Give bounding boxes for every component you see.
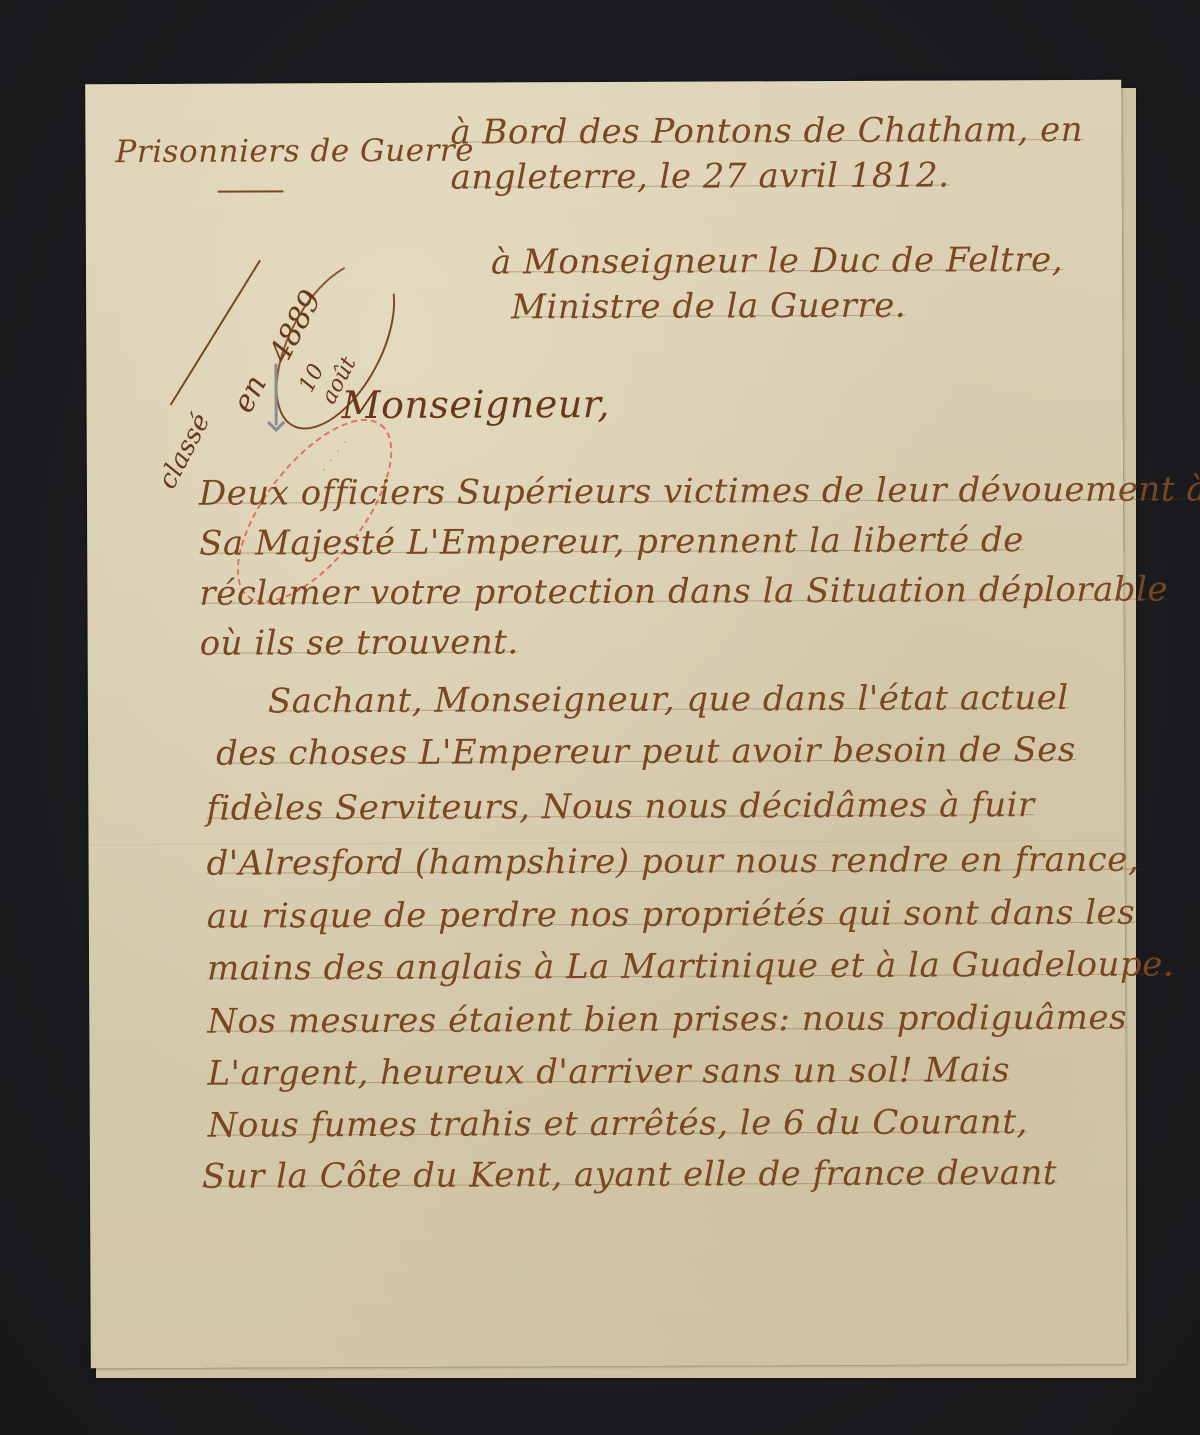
body-line: au risque de perdre nos propriétés qui s… <box>207 893 1136 937</box>
body-line: Sur la Côte du Kent, ayant elle de franc… <box>202 1153 1057 1197</box>
letter-page: Prisonniers de Guerre à Bord des Pontons… <box>85 80 1127 1369</box>
body-line: Deux officiers Supérieurs victimes de le… <box>199 469 1200 513</box>
header-underline <box>218 190 284 192</box>
body-line: d'Alresford (hampshire) pour nous rendre… <box>207 840 1140 884</box>
body-line: mains des anglais à La Martinique et à l… <box>207 945 1174 989</box>
body-line: Sachant, Monseigneur, que dans l'état ac… <box>268 678 1069 721</box>
addressee-line-2: Ministre de la Guerre. <box>511 286 906 328</box>
pencil-arrow-icon <box>274 363 277 425</box>
body-line: où ils se trouvent. <box>200 622 519 663</box>
body-line: Nous fumes trahis et arrêtés, le 6 du Co… <box>208 1102 1028 1146</box>
header-place-line: à Bord des Pontons de Chatham, en <box>450 110 1083 153</box>
body-line: Nos mesures étaient bien prises: nous pr… <box>207 998 1127 1042</box>
body-line: des choses L'Empereur peut avoir besoin … <box>216 730 1076 774</box>
margin-en: en <box>226 369 274 418</box>
body-line: réclamer votre protection dans la Situat… <box>199 570 1168 614</box>
addressee-line-1: à Monseigneur le Duc de Feltre, <box>491 240 1063 282</box>
header-date-line: angleterre, le 27 avril 1812. <box>451 155 950 197</box>
body-line: L'argent, heureux d'arriver sans un sol!… <box>207 1050 1010 1094</box>
salutation: Monseigneur, <box>342 382 610 427</box>
header-left-title: Prisonniers de Guerre <box>115 133 474 171</box>
body-line: Sa Majesté L'Empereur, prennent la liber… <box>199 520 1024 564</box>
body-line: fidèles Serviteurs, Nous nous décidâmes … <box>206 785 1035 829</box>
